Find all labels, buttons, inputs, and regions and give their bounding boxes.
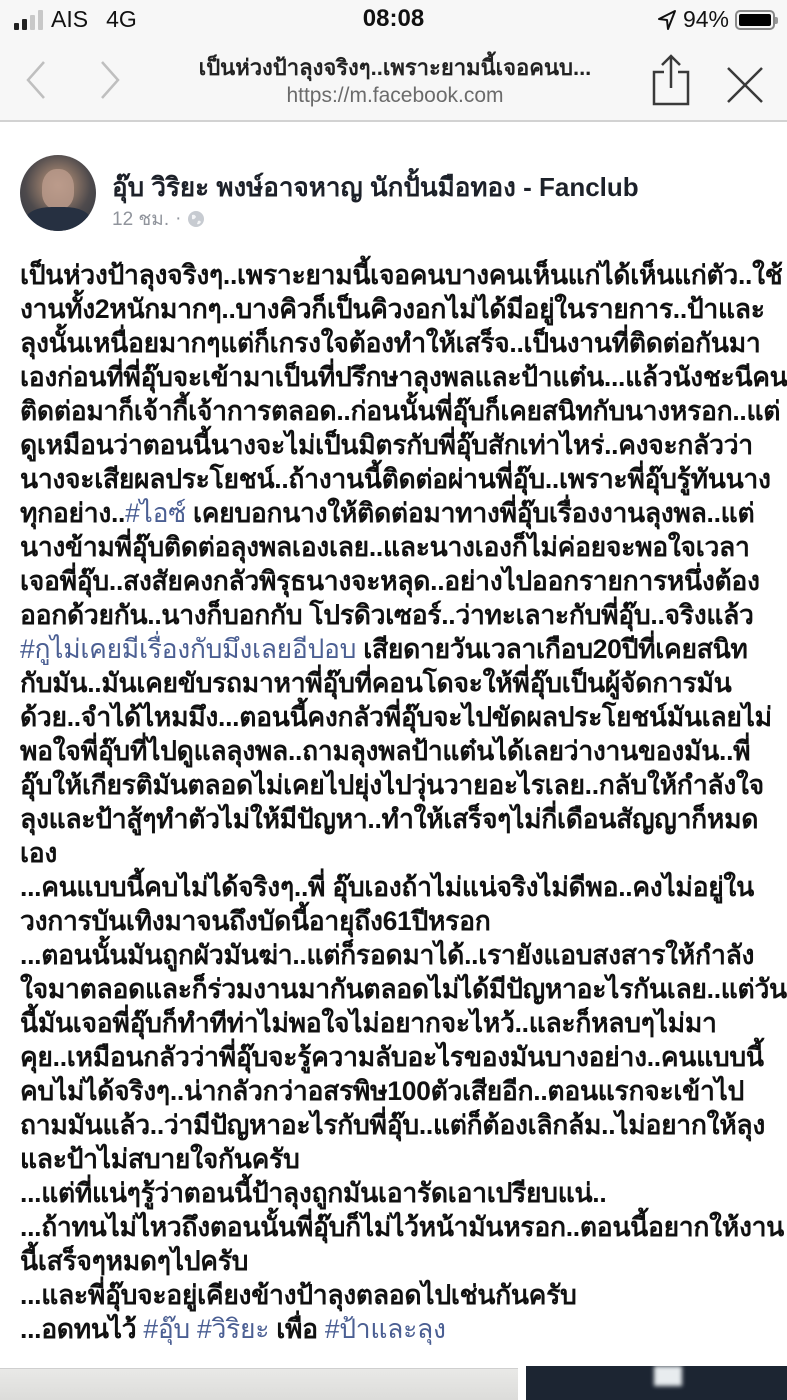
post-text-line: คบไม่ได้จริงๆ..น่ากลัวกว่าอสรพิษ100ตัวเส… — [20, 1074, 772, 1108]
post-text-line: เจอพี่อุ๊บ..สงสัยคงกลัวพิรุธนางจะหลุด..อ… — [20, 564, 772, 598]
post-text-segment: ...อดทนไว้ — [20, 1314, 143, 1344]
post-text-segment: เพื่อ — [269, 1314, 325, 1344]
post-text-line: เอง — [20, 836, 772, 870]
post-text-segment: นางจะเสียผลประโยชน์..ถ้างานนี้ติดต่อผ่าน… — [20, 464, 771, 494]
chevron-right-icon[interactable] — [96, 58, 126, 102]
status-right: 94% — [657, 6, 775, 33]
author-name[interactable]: อุ๊บ วิริยะ พงษ์อาจหาญ นักปั้นมือทอง - F… — [112, 167, 639, 208]
post-text-line: นางจะเสียผลประโยชน์..ถ้างานนี้ติดต่อผ่าน… — [20, 462, 772, 496]
post-text-line: ...ตอนนั้นมันถูกผัวมันฆ่า..แต่ก็รอดมาได้… — [20, 938, 772, 972]
browser-toolbar: เป็นห่วงป้าลุงจริงๆ..เพราะยามนี้เจอคนบ..… — [0, 40, 787, 122]
post-text-segment: ...ถ้าทนไม่ไหวถึงตอนนั้นพี่อุ๊บก็ไม่ไว้ห… — [20, 1212, 784, 1242]
post-text-line: นี้มันเจอพี่อุ๊บก็ทำทีท่าไม่พอใจไม่อยากจ… — [20, 1006, 772, 1040]
post-text-segment: พอใจพี่อุ๊บที่ไปดูแลลุงพล..ถามลุงพลป้าแต… — [20, 736, 750, 766]
post-text-segment: ...ตอนนั้นมันถูกผัวมันฆ่า..แต่ก็รอดมาได้… — [20, 940, 754, 970]
post-text-segment: คบไม่ได้จริงๆ..น่ากลัวกว่าอสรพิษ100ตัวเส… — [20, 1076, 744, 1106]
post-text-segment: ...และพี่อุ๊บจะอยู่เคียงข้างป้าลุงตลอดไป… — [20, 1280, 577, 1310]
post-text-segment: ออกด้วยกัน..นางก็บอกกับ โปรดิวเซอร์..ว่า… — [20, 600, 754, 630]
post-text-segment: นี้มันเจอพี่อุ๊บก็ทำทีท่าไม่พอใจไม่อยากจ… — [20, 1008, 717, 1038]
post-text-line: ออกด้วยกัน..นางก็บอกกับ โปรดิวเซอร์..ว่า… — [20, 598, 772, 632]
post-text-segment — [190, 1314, 197, 1344]
post-meta: 12 ชม. · — [112, 204, 205, 234]
post-text-segment: และป้าไม่สบายใจกันครับ — [20, 1144, 299, 1174]
post-text-segment: กับมัน..มันเคยขับรถมาหาพี่อุ๊บที่คอนโดจะ… — [20, 668, 731, 698]
hashtag-link[interactable]: #กูไม่เคยมีเรื่องกับมึงเลยอีปอบ — [20, 634, 356, 664]
post-text-line: ...แต่ที่แน่ๆรู้ว่าตอนนี้ป้าลุงถูกมันเอา… — [20, 1176, 772, 1210]
post-text-line: ด้วย..จำได้ไหมมึง...ตอนนี้คงกลัวพี่อุ๊บจ… — [20, 700, 772, 734]
author-suffix[interactable]: - Fanclub — [516, 172, 639, 202]
hashtag-link[interactable]: #อุ๊บ — [143, 1314, 190, 1344]
battery-icon — [735, 10, 775, 30]
hashtag-link[interactable]: #ป้าและลุง — [325, 1314, 446, 1344]
post-text-segment: ดูเหมือนว่าตอนนี้นางจะไม่เป็นมิตรกับพี่อ… — [20, 430, 753, 460]
post-text-line: ...อดทนไว้ #อุ๊บ #วิริยะ เพื่อ #ป้าและลุ… — [20, 1312, 772, 1346]
post-text-line: เป็นห่วงป้าลุงจริงๆ..เพราะยามนี้เจอคนบาง… — [20, 258, 772, 292]
post-text-segment: ลุงนั้นเหนื่อยมากๆแต่ก็เกรงใจต้องทำให้เส… — [20, 328, 761, 358]
post-text-segment: วงการบันเทิงมาจนถึงบัดนี้อายุถึง61ปีหรอก — [20, 906, 490, 936]
post-text-segment: นางข้ามพี่อุ๊บติดต่อลุงพลเองเลย..และนางเ… — [20, 532, 750, 562]
post-text-line: ...คนแบบนี้คบไม่ได้จริงๆ..พี่ อุ๊บเองถ้า… — [20, 870, 772, 904]
post-text-segment: เคยบอกนางให้ติดต่อมาทางพี่อุ๊บเรื่องงานล… — [186, 498, 754, 528]
post-text-line: เองก่อนที่พี่อุ๊บจะเข้ามาเป็นที่ปรึกษาลุ… — [20, 360, 772, 394]
post-text-segment: ถามมันแล้ว..ว่ามีปัญหาอะไรกับพี่อุ๊บ..แต… — [20, 1110, 765, 1140]
page-title: เป็นห่วงป้าลุงจริงๆ..เพราะยามนี้เจอคนบ..… — [150, 50, 640, 85]
post-text-line: ทุกอย่าง..#ไอซ์ เคยบอกนางให้ติดต่อมาทางพ… — [20, 496, 772, 530]
post-text-line: ...และพี่อุ๊บจะอยู่เคียงข้างป้าลุงตลอดไป… — [20, 1278, 772, 1312]
post-text-segment: ...แต่ที่แน่ๆรู้ว่าตอนนี้ป้าลุงถูกมันเอา… — [20, 1178, 606, 1208]
avatar[interactable] — [20, 155, 96, 231]
page-url[interactable]: https://m.facebook.com — [150, 84, 640, 108]
post-text-line: ลุงและป้าสู้ๆทำตัวไม่ให้มีปัญหา..ทำให้เส… — [20, 802, 772, 836]
post-text-segment: ลุงและป้าสู้ๆทำตัวไม่ให้มีปัญหา..ทำให้เส… — [20, 804, 758, 834]
globe-icon — [187, 210, 205, 228]
post-text-segment: อุ๊บให้เกียรติมันตลอดไม่เคยไปยุ่งไปวุ่นว… — [20, 770, 764, 800]
attachment-image-1[interactable] — [0, 1368, 518, 1400]
post-text-segment: นี้เสร็จๆหมดๆไปครับ — [20, 1246, 248, 1276]
post-text-line: ลุงนั้นเหนื่อยมากๆแต่ก็เกรงใจต้องทำให้เส… — [20, 326, 772, 360]
post-text-line: อุ๊บให้เกียรติมันตลอดไม่เคยไปยุ่งไปวุ่นว… — [20, 768, 772, 802]
meta-separator: · — [175, 208, 181, 230]
location-arrow-icon — [657, 9, 677, 31]
share-icon[interactable] — [648, 52, 694, 108]
author-name-text[interactable]: อุ๊บ วิริยะ พงษ์อาจหาญ นักปั้นมือทอง — [112, 172, 516, 202]
post-text-segment: เจอพี่อุ๊บ..สงสัยคงกลัวพิรุธนางจะหลุด..อ… — [20, 566, 760, 596]
status-bar: AIS 4G 08:08 94% — [0, 0, 787, 40]
attachment-image-2[interactable] — [526, 1366, 787, 1400]
post-text-line: ใจมาตลอดและก็ร่วมงานมากันตลอดไม่ได้มีปัญ… — [20, 972, 772, 1006]
post-text-segment: ติดต่อมาก็เจ้ากี้เจ้าการตลอด..ก่อนนั้นพี… — [20, 396, 780, 426]
post-text-line: ถามมันแล้ว..ว่ามีปัญหาอะไรกับพี่อุ๊บ..แต… — [20, 1108, 772, 1142]
post-text-line: #กูไม่เคยมีเรื่องกับมึงเลยอีปอบ เสียดายว… — [20, 632, 772, 666]
post-text-line: ติดต่อมาก็เจ้ากี้เจ้าการตลอด..ก่อนนั้นพี… — [20, 394, 772, 428]
post-text-segment: ด้วย..จำได้ไหมมึง...ตอนนี้คงกลัวพี่อุ๊บจ… — [20, 702, 772, 732]
post-text-line: และป้าไม่สบายใจกันครับ — [20, 1142, 772, 1176]
post-text-line: นี้เสร็จๆหมดๆไปครับ — [20, 1244, 772, 1278]
post-text-segment: เสียดายวันเวลาเกือบ20ปีที่เคยสนิท — [356, 634, 747, 664]
post-text-segment: เองก่อนที่พี่อุ๊บจะเข้ามาเป็นที่ปรึกษาลุ… — [20, 362, 787, 392]
post-text-line: ดูเหมือนว่าตอนนี้นางจะไม่เป็นมิตรกับพี่อ… — [20, 428, 772, 462]
close-icon[interactable] — [722, 62, 768, 108]
post-text-segment: งานทั้ง2หนักมากๆ..บางคิวก็เป็นคิวงอกไม่ไ… — [20, 294, 765, 324]
chevron-left-icon[interactable] — [20, 58, 50, 102]
post-text-line: งานทั้ง2หนักมากๆ..บางคิวก็เป็นคิวงอกไม่ไ… — [20, 292, 772, 326]
post-text-segment: เอง — [20, 838, 57, 868]
post-text-line: คุย..เหมือนกลัวว่าพี่อุ๊บจะรู้ความลับอะไ… — [20, 1040, 772, 1074]
post-text-segment: ใจมาตลอดและก็ร่วมงานมากันตลอดไม่ได้มีปัญ… — [20, 974, 787, 1004]
post-text-segment: ...คนแบบนี้คบไม่ได้จริงๆ..พี่ อุ๊บเองถ้า… — [20, 872, 754, 902]
post-text-segment: คุย..เหมือนกลัวว่าพี่อุ๊บจะรู้ความลับอะไ… — [20, 1042, 764, 1072]
post-text: เป็นห่วงป้าลุงจริงๆ..เพราะยามนี้เจอคนบาง… — [20, 258, 772, 1346]
post-text-segment: ทุกอย่าง.. — [20, 498, 125, 528]
post-text-segment: เป็นห่วงป้าลุงจริงๆ..เพราะยามนี้เจอคนบาง… — [20, 260, 782, 290]
battery-percent: 94% — [683, 6, 729, 33]
post-text-line: ...ถ้าทนไม่ไหวถึงตอนนั้นพี่อุ๊บก็ไม่ไว้ห… — [20, 1210, 772, 1244]
post-text-line: กับมัน..มันเคยขับรถมาหาพี่อุ๊บที่คอนโดจะ… — [20, 666, 772, 700]
hashtag-link[interactable]: #วิริยะ — [197, 1314, 269, 1344]
post-text-line: นางข้ามพี่อุ๊บติดต่อลุงพลเองเลย..และนางเ… — [20, 530, 772, 564]
post-text-line: พอใจพี่อุ๊บที่ไปดูแลลุงพล..ถามลุงพลป้าแต… — [20, 734, 772, 768]
post-header: อุ๊บ วิริยะ พงษ์อาจหาญ นักปั้นมือทอง - F… — [20, 150, 767, 230]
post-attachments — [0, 1366, 787, 1400]
post-text-line: วงการบันเทิงมาจนถึงบัดนี้อายุถึง61ปีหรอก — [20, 904, 772, 938]
post-timestamp[interactable]: 12 ชม. — [112, 204, 169, 234]
hashtag-link[interactable]: #ไอซ์ — [125, 498, 186, 528]
